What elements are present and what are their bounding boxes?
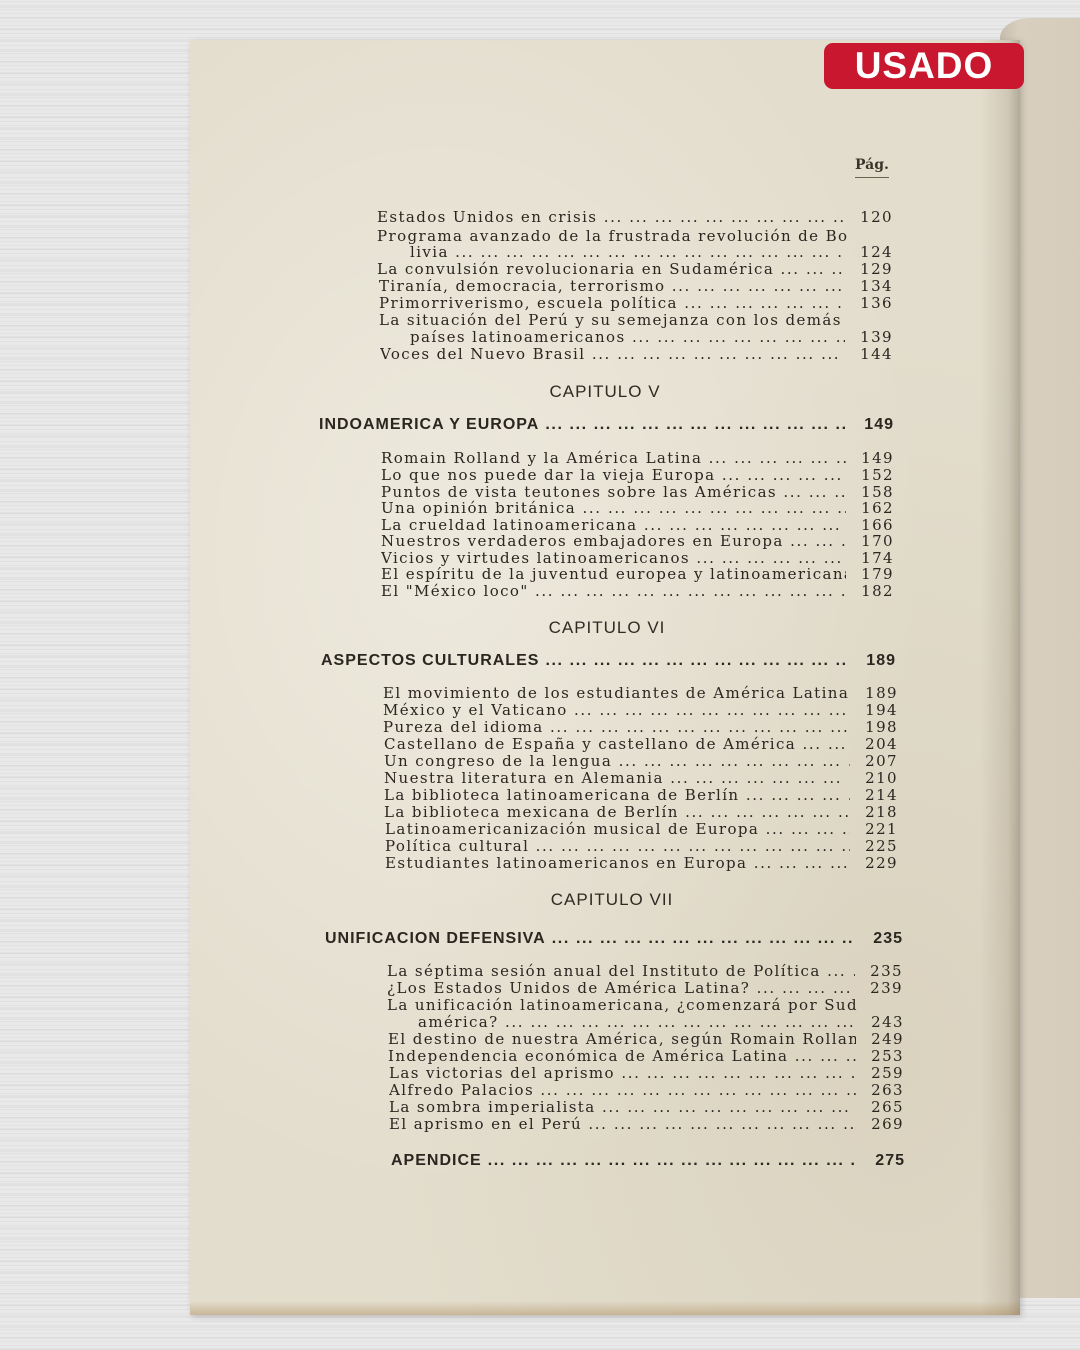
toc-entry: Independencia económica de América Latin…: [388, 1048, 904, 1065]
toc-section: ASPECTOS CULTURALES189: [321, 652, 896, 669]
toc-entry: Castellano de España y castellano de Amé…: [384, 736, 898, 753]
toc-entry: El espíritu de la juventud europea y lat…: [381, 566, 894, 583]
toc-entry: Alfredo Palacios263: [389, 1082, 904, 1099]
toc-entry: El movimiento de los estudiantes de Amér…: [383, 685, 898, 702]
toc-entry: México y el Vaticano194: [383, 702, 898, 719]
toc-entry: La situación del Perú y su semejanza con…: [379, 312, 849, 329]
toc-entry: Latinoamericanización musical de Europa2…: [385, 821, 898, 838]
toc-entry: Romain Rolland y la América Latina149: [381, 450, 894, 467]
table-of-contents: Pág. Estados Unidos en crisis120 Program…: [0, 0, 1080, 1350]
toc-entry: américa?243: [418, 1014, 904, 1031]
toc-entry: Estudiantes latinoamericanos en Europa22…: [385, 855, 898, 872]
toc-entry: Nuestros verdaderos embajadores en Europ…: [381, 533, 894, 550]
toc-entry: Voces del Nuevo Brasil144: [380, 346, 893, 363]
page-column-header: Pág.: [855, 157, 889, 178]
toc-entry: Una opinión británica162: [381, 500, 894, 517]
toc-entry: Vicios y virtudes latinoamericanos174: [381, 550, 894, 567]
toc-entry: Primorriverismo, escuela política136: [379, 295, 893, 312]
toc-entry: La biblioteca mexicana de Berlín218: [384, 804, 898, 821]
toc-entry: Un congreso de la lengua207: [384, 753, 898, 770]
chapter-heading: CAPITULO VII: [412, 890, 812, 910]
toc-entry: Política cultural225: [385, 838, 898, 855]
toc-section: UNIFICACION DEFENSIVA235: [325, 930, 903, 947]
toc-entry: ¿Los Estados Unidos de América Latina?23…: [387, 980, 903, 997]
toc-entry: Tiranía, democracia, terrorismo134: [379, 278, 893, 295]
toc-appendix: APENDICE275: [391, 1152, 905, 1169]
toc-entry: Pureza del idioma198: [383, 719, 898, 736]
toc-entry: La biblioteca latinoamericana de Berlín2…: [384, 787, 898, 804]
toc-entry: Lo que nos puede dar la vieja Europa152: [381, 467, 894, 484]
chapter-heading: CAPITULO V: [405, 382, 805, 402]
toc-entry: Estados Unidos en crisis120: [377, 209, 893, 226]
toc-section: INDOAMERICA Y EUROPA149: [319, 416, 894, 433]
toc-entry: La crueldad latinoamericana166: [381, 517, 894, 534]
toc-entry: La sombra imperialista265: [389, 1099, 904, 1116]
toc-entry: países latinoamericanos139: [410, 329, 893, 346]
toc-entry: Puntos de vista teutones sobre las Améri…: [381, 484, 894, 501]
toc-entry: Las victorias del aprismo259: [389, 1065, 904, 1082]
toc-entry: El destino de nuestra América, según Rom…: [388, 1031, 904, 1048]
toc-entry: livia124: [410, 244, 893, 261]
toc-entry: Programa avanzado de la frustrada revolu…: [377, 228, 847, 245]
toc-entry: El "México loco"182: [381, 583, 894, 600]
toc-entry: La unificación latinoamericana, ¿comenza…: [387, 997, 857, 1014]
toc-entry: El aprismo en el Perú269: [389, 1116, 904, 1133]
chapter-heading: CAPITULO VI: [407, 618, 807, 638]
toc-entry: La séptima sesión anual del Instituto de…: [387, 963, 903, 980]
toc-entry: La convulsión revolucionaria en Sudaméri…: [377, 261, 893, 278]
toc-entry: Nuestra literatura en Alemania210: [384, 770, 898, 787]
